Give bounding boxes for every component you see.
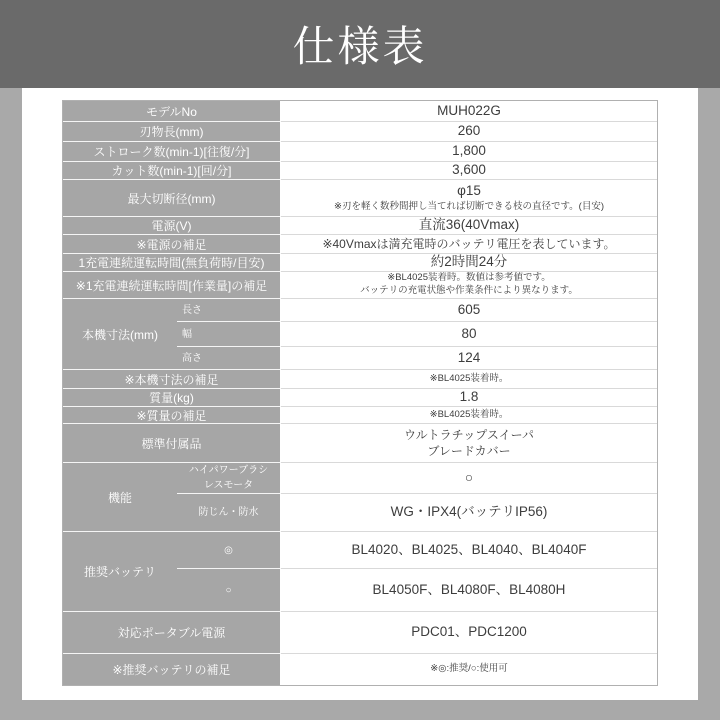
spec-group-label-cell: 本機寸法(mm) bbox=[63, 298, 177, 369]
spec-sublabel-cell: 幅 bbox=[177, 321, 281, 346]
spec-value-cell: 605 bbox=[281, 298, 657, 321]
table-row: 標準付属品ウルトラチップスイーパブレードカバー bbox=[63, 423, 657, 462]
table-row: 質量(kg)1.8 bbox=[63, 388, 657, 406]
spec-value-line: φ15 bbox=[457, 182, 481, 200]
spec-value-cell: ※BL4025装着時。 bbox=[281, 406, 657, 423]
spec-label-cell: 標準付属品 bbox=[63, 423, 281, 462]
spec-label-cell: ※1充電連続運転時間[作業量]の補足 bbox=[63, 271, 281, 298]
spec-value-cell: BL4050F、BL4080F、BL4080H bbox=[281, 568, 657, 611]
spec-subrow-group: 長さ605幅80高さ124 bbox=[177, 298, 657, 369]
spec-label-cell: 最大切断径(mm) bbox=[63, 179, 281, 216]
spec-value-line: 605 bbox=[458, 301, 481, 319]
spec-sublabel-cell: 防じん・防水 bbox=[177, 493, 281, 531]
table-row: ※本機寸法の補足※BL4025装着時。 bbox=[63, 369, 657, 388]
spec-label-cell: モデルNo bbox=[63, 101, 281, 121]
spec-label-cell: 対応ポータブル電源 bbox=[63, 611, 281, 653]
spec-value-cell: 1,800 bbox=[281, 141, 657, 161]
spec-value-cell: MUH022G bbox=[281, 101, 657, 121]
table-row: モデルNoMUH022G bbox=[63, 101, 657, 121]
table-row: ※推奨バッテリの補足※◎:推奨/○:使用可 bbox=[63, 653, 657, 685]
spec-subrow: 長さ605 bbox=[177, 298, 657, 321]
spec-label-cell: カット数(min-1)[回/分] bbox=[63, 161, 281, 179]
page: 仕様表 モデルNoMUH022G刃物長(mm)260ストローク数(min-1)[… bbox=[0, 0, 720, 720]
spec-value-cell: ウルトラチップスイーパブレードカバー bbox=[281, 423, 657, 462]
table-row: 対応ポータブル電源PDC01、PDC1200 bbox=[63, 611, 657, 653]
table-row: 刃物長(mm)260 bbox=[63, 121, 657, 141]
spec-label-cell: ※質量の補足 bbox=[63, 406, 281, 423]
spec-value-cell: ※BL4025装着時。数値は参考値です。バッテリの充電状態や作業条件により異なり… bbox=[281, 271, 657, 298]
spec-value-cell: ※40Vmaxは満充電時のバッテリ電圧を表しています。 bbox=[281, 234, 657, 253]
spec-group-label-cell: 推奨バッテリ bbox=[63, 531, 177, 611]
spec-sublabel-cell: ハイパワーブラシ レスモータ bbox=[177, 462, 281, 493]
spec-value-line: ※BL4025装着時。数値は参考値です。 bbox=[387, 272, 550, 285]
table-row: ストローク数(min-1)[往復/分]1,800 bbox=[63, 141, 657, 161]
spec-value-line: MUH022G bbox=[437, 102, 501, 120]
spec-value-cell: φ15※刃を軽く数秒間押し当てれば切断できる枝の直径です。(目安) bbox=[281, 179, 657, 216]
spec-value-line: ※BL4025装着時。 bbox=[430, 373, 509, 386]
spec-value-cell: BL4020、BL4025、BL4040、BL4040F bbox=[281, 531, 657, 568]
table-row: 本機寸法(mm)長さ605幅80高さ124 bbox=[63, 298, 657, 369]
table-row: 機能ハイパワーブラシ レスモータ○防じん・防水WG・IPX4(バッテリIP56) bbox=[63, 462, 657, 531]
spec-value-line: PDC01、PDC1200 bbox=[411, 623, 527, 641]
spec-sublabel-cell: 長さ bbox=[177, 298, 281, 321]
spec-label-cell: 刃物長(mm) bbox=[63, 121, 281, 141]
page-header: 仕様表 bbox=[0, 0, 720, 88]
spec-value-cell: PDC01、PDC1200 bbox=[281, 611, 657, 653]
spec-label-cell: 1充電連続運転時間(無負荷時/目安) bbox=[63, 253, 281, 271]
spec-value-line: 260 bbox=[458, 122, 481, 140]
spec-value-cell: 1.8 bbox=[281, 388, 657, 406]
spec-value-cell: 約2時間24分 bbox=[281, 253, 657, 271]
spec-label-cell: ※電源の補足 bbox=[63, 234, 281, 253]
spec-value-line: ※刃を軽く数秒間押し当てれば切断できる枝の直径です。(目安) bbox=[334, 201, 604, 214]
table-row: 推奨バッテリ◎BL4020、BL4025、BL4040、BL4040F○BL40… bbox=[63, 531, 657, 611]
spec-value-cell: 80 bbox=[281, 321, 657, 346]
spec-sublabel-cell: 高さ bbox=[177, 346, 281, 369]
spec-value-line: ※BL4025装着時。 bbox=[430, 409, 509, 422]
spec-subrow: ○BL4050F、BL4080F、BL4080H bbox=[177, 568, 657, 611]
spec-value-line: 1,800 bbox=[452, 142, 486, 160]
spec-subrow: 高さ124 bbox=[177, 346, 657, 369]
spec-value-line: 直流36(40Vmax) bbox=[419, 216, 520, 234]
table-row: ※電源の補足※40Vmaxは満充電時のバッテリ電圧を表しています。 bbox=[63, 234, 657, 253]
spec-value-cell: ○ bbox=[281, 462, 657, 493]
spec-value-line: 80 bbox=[461, 325, 476, 343]
spec-value-line: 約2時間24分 bbox=[431, 253, 508, 271]
spec-value-line: ウルトラチップスイーパ bbox=[404, 427, 534, 443]
spec-group-label-cell: 機能 bbox=[63, 462, 177, 531]
spec-value-line: BL4050F、BL4080F、BL4080H bbox=[373, 581, 566, 599]
spec-value-line: ※40Vmaxは満充電時のバッテリ電圧を表しています。 bbox=[322, 236, 615, 252]
spec-label-cell: 質量(kg) bbox=[63, 388, 281, 406]
spec-value-line: バッテリの充電状態や作業条件により異なります。 bbox=[360, 285, 578, 298]
page-title: 仕様表 bbox=[292, 14, 427, 74]
spec-sublabel-cell: ◎ bbox=[177, 531, 281, 568]
table-row: ※質量の補足※BL4025装着時。 bbox=[63, 406, 657, 423]
spec-label-cell: ※推奨バッテリの補足 bbox=[63, 653, 281, 685]
spec-value-cell: WG・IPX4(バッテリIP56) bbox=[281, 493, 657, 531]
spec-value-cell: ※◎:推奨/○:使用可 bbox=[281, 653, 657, 685]
spec-label-cell: ※本機寸法の補足 bbox=[63, 369, 281, 388]
spec-subrow: ◎BL4020、BL4025、BL4040、BL4040F bbox=[177, 531, 657, 568]
spec-value-cell: 260 bbox=[281, 121, 657, 141]
table-row: 1充電連続運転時間(無負荷時/目安)約2時間24分 bbox=[63, 253, 657, 271]
spec-value-cell: 124 bbox=[281, 346, 657, 369]
spec-sublabel-cell: ○ bbox=[177, 568, 281, 611]
spec-value-line: 1.8 bbox=[460, 388, 479, 406]
table-row: ※1充電連続運転時間[作業量]の補足※BL4025装着時。数値は参考値です。バッ… bbox=[63, 271, 657, 298]
table-row: 最大切断径(mm)φ15※刃を軽く数秒間押し当てれば切断できる枝の直径です。(目… bbox=[63, 179, 657, 216]
spec-value-line: ※◎:推奨/○:使用可 bbox=[430, 663, 507, 676]
spec-subrow-group: ハイパワーブラシ レスモータ○防じん・防水WG・IPX4(バッテリIP56) bbox=[177, 462, 657, 531]
spec-label-cell: ストローク数(min-1)[往復/分] bbox=[63, 141, 281, 161]
spec-value-line: ○ bbox=[465, 469, 473, 487]
spec-table: モデルNoMUH022G刃物長(mm)260ストローク数(min-1)[往復/分… bbox=[62, 100, 658, 686]
spec-value-line: WG・IPX4(バッテリIP56) bbox=[391, 503, 548, 521]
spec-value-cell: 直流36(40Vmax) bbox=[281, 216, 657, 234]
spec-value-cell: 3,600 bbox=[281, 161, 657, 179]
table-row: 電源(V)直流36(40Vmax) bbox=[63, 216, 657, 234]
table-row: カット数(min-1)[回/分]3,600 bbox=[63, 161, 657, 179]
spec-label-cell: 電源(V) bbox=[63, 216, 281, 234]
spec-value-line: 124 bbox=[458, 349, 481, 367]
spec-value-line: ブレードカバー bbox=[427, 443, 510, 459]
spec-value-line: BL4020、BL4025、BL4040、BL4040F bbox=[352, 541, 587, 559]
spec-value-line: 3,600 bbox=[452, 161, 486, 179]
spec-subrow: 防じん・防水WG・IPX4(バッテリIP56) bbox=[177, 493, 657, 531]
spec-subrow: 幅80 bbox=[177, 321, 657, 346]
content-panel: モデルNoMUH022G刃物長(mm)260ストローク数(min-1)[往復/分… bbox=[22, 88, 698, 700]
spec-subrow: ハイパワーブラシ レスモータ○ bbox=[177, 462, 657, 493]
spec-value-cell: ※BL4025装着時。 bbox=[281, 369, 657, 388]
spec-subrow-group: ◎BL4020、BL4025、BL4040、BL4040F○BL4050F、BL… bbox=[177, 531, 657, 611]
